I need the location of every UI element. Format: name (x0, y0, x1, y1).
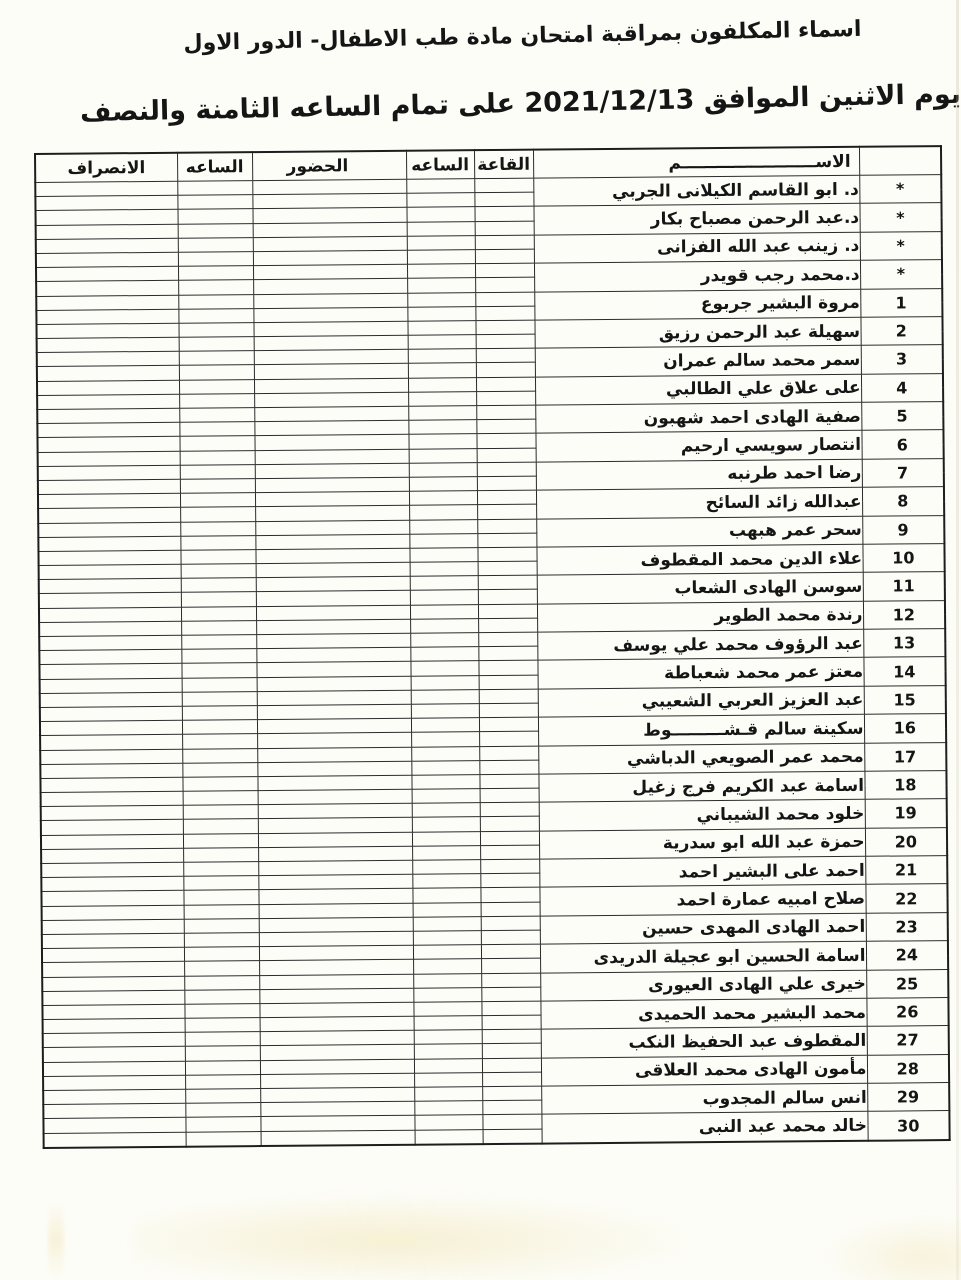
row-id-cell: 26 (866, 997, 948, 1026)
hall-cell (478, 604, 537, 619)
hour-out-cell (179, 337, 254, 352)
attendance-cell (260, 1116, 414, 1132)
departure-cell (38, 550, 180, 565)
hour-in-cell (408, 363, 476, 378)
attendance-cell (254, 364, 408, 380)
hour-out-cell (179, 393, 254, 408)
attendance-cell (255, 534, 409, 550)
row-id-cell: 25 (866, 969, 948, 998)
attendance-cell (252, 208, 406, 224)
attendance-cell (257, 733, 411, 749)
attendance-cell (255, 491, 409, 507)
departure-cell (42, 933, 184, 948)
hall-cell (477, 533, 536, 548)
hour-in-cell (407, 278, 475, 293)
departure-cell (38, 465, 180, 480)
hour-in-cell (413, 987, 481, 1002)
hour-out-cell (184, 904, 259, 919)
attendance-cell (257, 718, 411, 734)
hall-cell (479, 689, 538, 704)
hall-cell (481, 944, 540, 959)
hall-cell (480, 873, 539, 888)
hour-in-cell (414, 1087, 482, 1102)
hour-in-cell (407, 221, 475, 236)
row-name-cell: سهيلة عبد الرحمن رزيق (534, 317, 860, 348)
departure-cell (41, 891, 183, 906)
hall-cell (474, 207, 533, 222)
hour-out-cell (184, 989, 259, 1004)
hour-out-cell (177, 181, 252, 196)
hour-out-cell (185, 1046, 260, 1061)
row-name-cell: خيرى علي الهادى العيورى (540, 970, 866, 1001)
hour-in-cell (408, 377, 476, 392)
row-id-cell: 30 (867, 1111, 949, 1141)
attendance-cell (258, 818, 412, 834)
hour-in-cell (414, 1044, 482, 1059)
row-id-cell: 11 (863, 572, 945, 601)
row-id-cell: * (859, 175, 941, 204)
hour-out-cell (184, 1003, 259, 1018)
row-name-cell: حمزة عبد الله ابو سدرية (539, 828, 865, 859)
hour-out-cell (178, 322, 253, 337)
hour-in-cell (412, 888, 480, 903)
hour-out-cell (181, 606, 256, 621)
hour-out-cell (179, 365, 254, 380)
hall-cell (477, 448, 536, 463)
hour-out-cell (179, 436, 254, 451)
hour-in-cell (411, 746, 479, 761)
departure-cell (43, 1061, 185, 1076)
hour-out-cell (178, 308, 253, 323)
hour-in-cell (408, 391, 476, 406)
departure-cell (41, 805, 183, 820)
hour-in-cell (406, 193, 474, 208)
departure-cell (37, 337, 179, 352)
attendance-cell (258, 860, 412, 876)
hour-in-cell (407, 306, 475, 321)
hour-in-cell (411, 675, 479, 690)
hall-cell (476, 348, 535, 363)
departure-cell (41, 820, 183, 835)
hour-in-cell (412, 803, 480, 818)
hour-out-cell (184, 975, 259, 990)
attendance-cell (253, 236, 407, 252)
scan-smudge (820, 1215, 961, 1280)
row-name-cell: سوسن الهادى الشعاب (537, 573, 863, 604)
hall-cell (482, 1114, 541, 1129)
hour-in-cell (409, 519, 477, 534)
hour-out-cell (180, 521, 255, 536)
row-id-cell: 1 (860, 288, 942, 317)
attendance-cell (253, 307, 407, 323)
hour-out-cell (178, 252, 253, 267)
row-name-cell: مأمون الهادى محمد العلاقى (541, 1055, 867, 1086)
hall-cell (480, 802, 539, 817)
departure-cell (41, 848, 183, 863)
departure-cell (40, 763, 182, 778)
departure-cell (40, 678, 182, 693)
hour-out-cell (180, 464, 255, 479)
hall-cell (480, 887, 539, 902)
hour-in-cell (414, 1016, 482, 1031)
hall-cell (477, 476, 536, 491)
hall-cell (479, 760, 538, 775)
row-name-cell: رندة محمد الطوير (537, 601, 863, 632)
hour-in-cell (411, 760, 479, 775)
attendance-cell (259, 1002, 413, 1018)
row-id-cell: 28 (867, 1054, 949, 1083)
row-name-cell: محمد عمر الصويعي الدباشي (538, 743, 864, 774)
departure-cell (40, 749, 182, 764)
hall-cell (478, 575, 537, 590)
hour-out-cell (185, 1074, 260, 1089)
departure-cell (36, 252, 178, 267)
hour-out-cell (177, 209, 252, 224)
departure-cell (36, 309, 178, 324)
hour-out-cell (185, 1089, 260, 1104)
attendance-cell (253, 222, 407, 238)
hour-in-cell (410, 576, 478, 591)
hour-in-cell (409, 448, 477, 463)
attendance-cell (257, 761, 411, 777)
departure-cell (43, 1118, 185, 1133)
hour-in-cell (412, 874, 480, 889)
row-id-cell: 12 (863, 600, 945, 629)
hour-in-cell (415, 1129, 483, 1144)
hall-cell (474, 192, 533, 207)
hall-cell (481, 1001, 540, 1016)
hall-cell (479, 746, 538, 761)
departure-cell (37, 408, 179, 423)
attendance-cell (260, 1045, 414, 1061)
hall-cell (475, 221, 534, 236)
hour-in-cell (409, 477, 477, 492)
hour-out-cell (181, 564, 256, 579)
departure-cell (41, 876, 183, 891)
hall-cell (482, 1044, 541, 1059)
attendance-cell (256, 633, 410, 649)
hour-in-cell (413, 902, 481, 917)
departure-cell (36, 266, 178, 281)
row-name-cell: انتصار سويسي ارحيم (535, 431, 861, 462)
hall-cell (480, 788, 539, 803)
departure-cell (39, 593, 181, 608)
attendance-cell (252, 193, 406, 209)
hour-in-cell (410, 647, 478, 662)
departure-cell (43, 1075, 185, 1090)
hour-in-cell (412, 845, 480, 860)
hall-cell (482, 1058, 541, 1073)
hour-out-cell (180, 549, 255, 564)
row-name-cell: احمد على البشير احمد (539, 856, 865, 887)
roster-body: *د. ابو القاسم الكيلانى الجربي*د.عبد الر… (35, 175, 949, 1148)
roster-table-wrap: الاســـــــــــــــــــــــم القاعة السا… (34, 145, 951, 1149)
hour-in-cell (407, 292, 475, 307)
row-id-cell: 2 (860, 316, 942, 345)
row-id-cell: 8 (862, 487, 944, 516)
departure-cell (39, 664, 181, 679)
attendance-cell (253, 250, 407, 266)
hall-cell (481, 987, 540, 1002)
hall-cell (478, 646, 537, 661)
hour-out-cell (185, 1103, 260, 1118)
attendance-cell (254, 349, 408, 365)
row-id-cell: 23 (866, 912, 948, 941)
departure-cell (38, 536, 180, 551)
attendance-cell (256, 619, 410, 635)
hall-cell (482, 1015, 541, 1030)
hour-out-cell (179, 422, 254, 437)
hour-out-cell (182, 720, 257, 735)
row-name-cell: احمد الهادى المهدى حسين (540, 913, 866, 944)
departure-cell (38, 522, 180, 537)
hour-out-cell (181, 649, 256, 664)
departure-cell (39, 578, 181, 593)
hall-cell (478, 632, 537, 647)
hour-out-cell (183, 833, 258, 848)
exam-datetime: يوم الاثنين الموافق 2021/12/13 على تمام … (40, 78, 961, 129)
row-id-cell: 17 (864, 742, 946, 771)
hour-out-cell (183, 819, 258, 834)
hour-out-cell (177, 195, 252, 210)
hour-in-cell (411, 775, 479, 790)
hour-out-cell (180, 479, 255, 494)
hall-cell (480, 817, 539, 832)
departure-cell (42, 962, 184, 977)
departure-cell (43, 1018, 185, 1033)
departure-cell (44, 1132, 186, 1148)
row-id-cell: * (860, 231, 942, 260)
row-id-cell: 19 (865, 799, 947, 828)
hour-out-cell (182, 691, 257, 706)
attendance-cell (253, 293, 407, 309)
departure-cell (39, 649, 181, 664)
hour-out-cell (183, 791, 258, 806)
hour-out-cell (178, 294, 253, 309)
departure-cell (40, 777, 182, 792)
hour-in-cell (413, 1002, 481, 1017)
hall-cell (475, 292, 534, 307)
roster-table: الاســـــــــــــــــــــــم القاعة السا… (34, 145, 951, 1149)
hour-out-cell (183, 862, 258, 877)
hall-cell (482, 1029, 541, 1044)
hall-cell (482, 1072, 541, 1087)
hour-in-cell (408, 335, 476, 350)
hour-in-cell (414, 1030, 482, 1045)
attendance-cell (256, 591, 410, 607)
hour-in-cell (409, 505, 477, 520)
hour-in-cell (409, 533, 477, 548)
hall-cell (481, 973, 540, 988)
hall-cell (477, 519, 536, 534)
hour-in-cell (408, 420, 476, 435)
row-name-cell: اسامة الحسين ابو عجيلة الدريدى (540, 941, 866, 972)
hour-out-cell (181, 620, 256, 635)
row-id-cell: 14 (863, 657, 945, 686)
row-id-cell: 21 (865, 856, 947, 885)
hour-in-cell (409, 462, 477, 477)
hall-cell (482, 1086, 541, 1101)
row-name-cell: المقطوف عبد الحفيظ النكب (541, 1027, 867, 1058)
hall-cell (476, 334, 535, 349)
attendance-cell (261, 1130, 415, 1146)
hour-in-cell (414, 1072, 482, 1087)
departure-cell (42, 905, 184, 920)
hour-in-cell (407, 321, 475, 336)
hall-cell (474, 178, 533, 193)
row-id-cell: 22 (865, 884, 947, 913)
hall-cell (477, 504, 536, 519)
hour-out-cell (184, 947, 259, 962)
hour-in-cell (412, 860, 480, 875)
row-name-cell: د. زينب عبد الله الفزانى (534, 232, 860, 263)
row-id-cell: 27 (867, 1026, 949, 1055)
hall-cell (475, 306, 534, 321)
attendance-cell (257, 690, 411, 706)
scan-smudge (48, 1200, 64, 1280)
hour-out-cell (183, 876, 258, 891)
row-name-cell: عبدالله زائد السائح (536, 487, 862, 518)
hour-out-cell (181, 592, 256, 607)
row-name-cell: خلود محمد الشيباني (539, 800, 865, 831)
header-name: الاســـــــــــــــــــــــم (533, 147, 859, 178)
hour-out-cell (180, 507, 255, 522)
hour-out-cell (183, 890, 258, 905)
hour-out-cell (185, 1117, 260, 1132)
hour-in-cell (409, 548, 477, 563)
row-id-cell: 4 (861, 373, 943, 402)
hour-out-cell (182, 762, 257, 777)
departure-cell (35, 181, 177, 196)
hall-cell (475, 320, 534, 335)
departure-cell (38, 451, 180, 466)
hall-cell (480, 831, 539, 846)
hour-out-cell (182, 706, 257, 721)
hall-cell (476, 377, 535, 392)
row-name-cell: سكينة سالم قـشـــــــــوط (538, 714, 864, 745)
row-id-cell: 16 (864, 714, 946, 743)
hall-cell (483, 1129, 542, 1144)
departure-cell (39, 621, 181, 636)
row-id-cell: 3 (861, 345, 943, 374)
hour-in-cell (411, 704, 479, 719)
exam-title: اسماء المكلفون بمراقبة امتحان مادة طب ال… (42, 14, 961, 59)
hour-out-cell (182, 748, 257, 763)
hour-out-cell (183, 805, 258, 820)
departure-cell (37, 351, 179, 366)
hall-cell (479, 675, 538, 690)
departure-cell (36, 224, 178, 239)
hour-out-cell (185, 1018, 260, 1033)
hall-cell (481, 958, 540, 973)
departure-cell (36, 238, 178, 253)
attendance-cell (253, 321, 407, 337)
hall-cell (479, 731, 538, 746)
hour-in-cell (407, 235, 475, 250)
departure-cell (37, 422, 179, 437)
hour-out-cell (184, 961, 259, 976)
row-name-cell: د.محمد رجب قويدر (534, 260, 860, 291)
departure-cell (37, 437, 179, 452)
hour-in-cell (408, 349, 476, 364)
row-id-cell: 29 (867, 1083, 949, 1112)
attendance-cell (252, 179, 406, 195)
hall-cell (475, 235, 534, 250)
departure-cell (41, 862, 183, 877)
attendance-cell (257, 747, 411, 763)
hour-in-cell (412, 831, 480, 846)
attendance-cell (254, 392, 408, 408)
hall-cell (476, 405, 535, 420)
hour-in-cell (410, 562, 478, 577)
row-name-cell: عبد العزيز العربي الشعيبي (538, 686, 864, 717)
hour-in-cell (413, 945, 481, 960)
paper-edge-artifact (956, 0, 959, 1280)
hall-cell (480, 845, 539, 860)
departure-cell (41, 834, 183, 849)
attendance-cell (255, 449, 409, 465)
attendance-cell (259, 903, 413, 919)
row-id-cell: * (860, 260, 942, 289)
hour-out-cell (178, 266, 253, 281)
row-name-cell: على علاق علي الطالبي (535, 374, 861, 405)
departure-cell (40, 692, 182, 707)
row-name-cell: صفية الهادى احمد شهبون (535, 402, 861, 433)
departure-cell (41, 791, 183, 806)
attendance-cell (255, 548, 409, 564)
departure-cell (39, 635, 181, 650)
attendance-cell (255, 520, 409, 536)
hall-cell (477, 490, 536, 505)
attendance-cell (260, 1087, 414, 1103)
row-id-cell: 10 (862, 543, 944, 572)
departure-cell (43, 1047, 185, 1062)
hour-in-cell (410, 590, 478, 605)
attendance-cell (259, 917, 413, 933)
hall-cell (477, 547, 536, 562)
header-attendance: الحضور (252, 151, 406, 181)
departure-cell (37, 366, 179, 381)
attendance-cell (259, 960, 413, 976)
row-id-cell: 6 (861, 430, 943, 459)
row-id-cell: 9 (862, 515, 944, 544)
attendance-cell (259, 945, 413, 961)
hour-out-cell (181, 663, 256, 678)
attendance-cell (260, 1073, 414, 1089)
row-name-cell: صلاح امبيه عمارة احمد (539, 885, 865, 916)
attendance-cell (260, 1030, 414, 1046)
hour-in-cell (414, 1101, 482, 1116)
hall-cell (479, 703, 538, 718)
hour-in-cell (410, 604, 478, 619)
row-name-cell: اسامة عبد الكريم فرج زغيل (538, 771, 864, 802)
attendance-cell (259, 931, 413, 947)
departure-cell (43, 1103, 185, 1118)
hall-cell (479, 774, 538, 789)
hour-in-cell (408, 406, 476, 421)
row-name-cell: سحر عمر هبهب (536, 516, 862, 547)
departure-cell (37, 380, 179, 395)
departure-cell (38, 493, 180, 508)
hour-out-cell (186, 1131, 261, 1146)
row-id-cell: 18 (864, 770, 946, 799)
hour-out-cell (181, 578, 256, 593)
attendance-cell (256, 662, 410, 678)
attendance-cell (258, 832, 412, 848)
departure-cell (42, 1004, 184, 1019)
departure-cell (39, 607, 181, 622)
attendance-cell (257, 676, 411, 692)
